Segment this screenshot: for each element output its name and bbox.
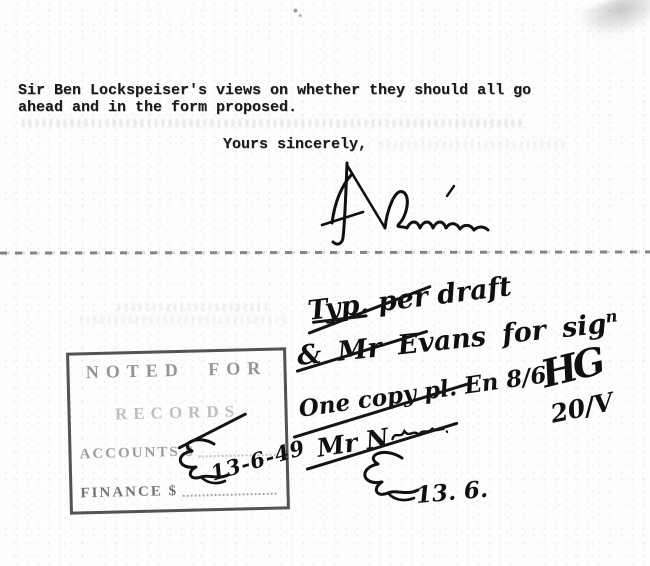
dotted-signature-line <box>182 492 276 497</box>
signature-scrawl <box>315 160 510 252</box>
stamp-title-line1: NOTED FOR <box>77 358 275 384</box>
letter-closing: Yours sincerely, <box>223 136 367 153</box>
stamp-title-line2: RECORDS <box>78 400 276 425</box>
letter-body-line2: ahead and in the form proposed. <box>18 99 531 116</box>
fold-crease-line <box>0 250 650 254</box>
ew-monogram-scrawl <box>350 448 422 504</box>
scan-smudge <box>572 0 650 49</box>
bleed-through-text <box>118 303 268 311</box>
bleed-through-text <box>380 141 565 149</box>
bleed-through-text <box>80 316 290 324</box>
bleed-through-text <box>22 119 522 127</box>
handwritten-date-13-6: 13. 6. <box>415 476 489 509</box>
scan-speck <box>289 5 305 19</box>
handwritten-initials-hg: HG <box>537 338 606 396</box>
letter-body: Sir Ben Lockspeiser's views on whether t… <box>18 82 531 116</box>
handwritten-note-one-copy: One copy pl. En 8/6 <box>297 361 548 422</box>
scanned-letter-page: Sir Ben Lockspeiser's views on whether t… <box>0 0 650 566</box>
note-superscript: n <box>604 306 618 326</box>
noted-for-records-stamp: NOTED FOR RECORDS ACCOUNTS $ FINANCE $ <box>66 347 290 514</box>
stamp-finance-label: FINANCE $ <box>80 483 178 502</box>
letter-body-line1: Sir Ben Lockspeiser's views on whether t… <box>18 82 531 99</box>
